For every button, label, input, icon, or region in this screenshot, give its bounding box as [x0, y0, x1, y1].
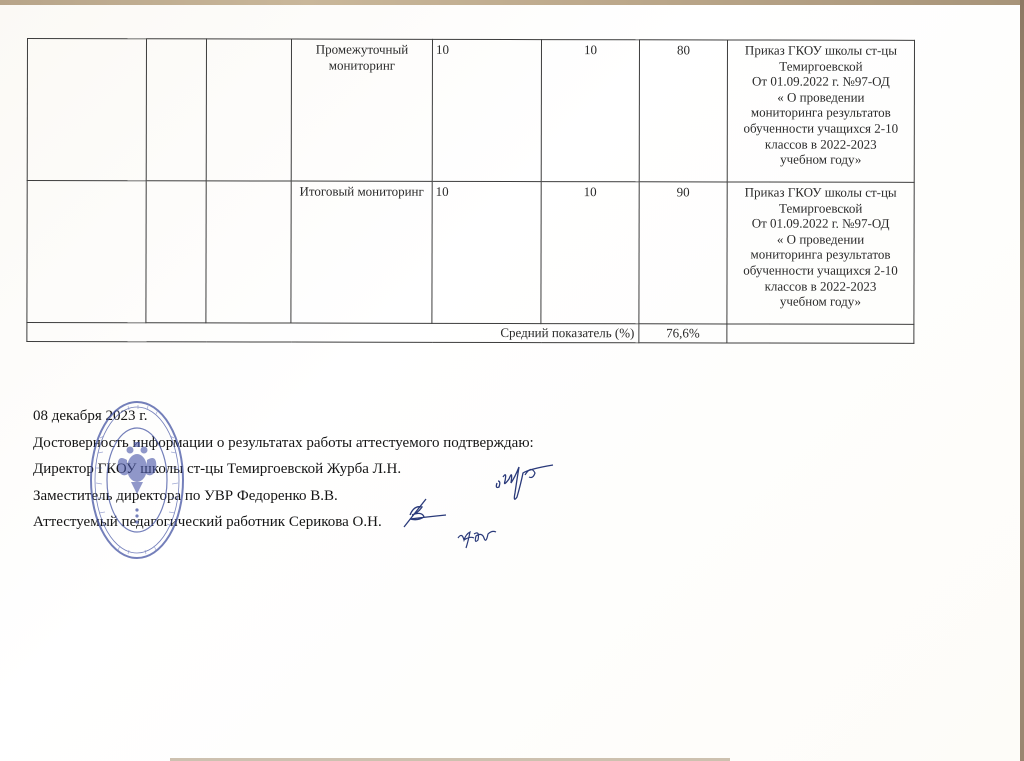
table-row: Промежуточный мониторинг 10 10 80 Приказ…: [27, 39, 914, 183]
table-cell: [27, 181, 146, 323]
percent-cell: 90: [639, 182, 727, 324]
deputy-director-line: Заместитель директора по УВР Федоренко В…: [33, 484, 534, 511]
table-cell: [206, 39, 291, 181]
signature-block: 08 декабря 2023 г. Достоверность информа…: [33, 404, 534, 537]
table-cell: [27, 39, 146, 181]
monitoring-stage-cell: Промежуточный мониторинг: [291, 39, 432, 181]
value-cell: 10: [432, 181, 541, 323]
monitoring-stage-cell: Итоговый мониторинг: [291, 181, 432, 323]
table-row: Итоговый мониторинг 10 10 90 Приказ ГКОУ…: [27, 181, 914, 325]
value-cell: 10: [541, 40, 639, 182]
average-label: Средний показатель (%): [27, 323, 639, 343]
director-signature-icon: [495, 459, 555, 505]
document-date: 08 декабря 2023 г.: [33, 404, 534, 431]
table-cell: [146, 39, 206, 181]
director-line: Директор ГКОУ школы ст-цы Темиргоевской …: [33, 457, 534, 484]
average-value: 76,6%: [639, 324, 727, 343]
order-reference-cell: Приказ ГКОУ школы ст-цы Темиргоевской От…: [727, 40, 914, 182]
value-cell: 10: [541, 182, 639, 324]
table-cell: [206, 181, 291, 323]
value-cell: 10: [432, 39, 541, 181]
deputy-signature-icon: [400, 497, 448, 529]
scan-edge-right: [1020, 0, 1024, 761]
average-row: Средний показатель (%) 76,6%: [27, 323, 914, 344]
monitoring-results-table: Промежуточный мониторинг 10 10 80 Приказ…: [26, 38, 915, 344]
teacher-signature-icon: [456, 528, 500, 552]
table-cell: [146, 181, 206, 323]
confirmation-text: Достоверность информации о результатах р…: [33, 431, 534, 458]
percent-cell: 80: [639, 40, 727, 182]
table-cell: [727, 324, 914, 343]
order-reference-cell: Приказ ГКОУ школы ст-цы Темиргоевской От…: [727, 182, 914, 324]
